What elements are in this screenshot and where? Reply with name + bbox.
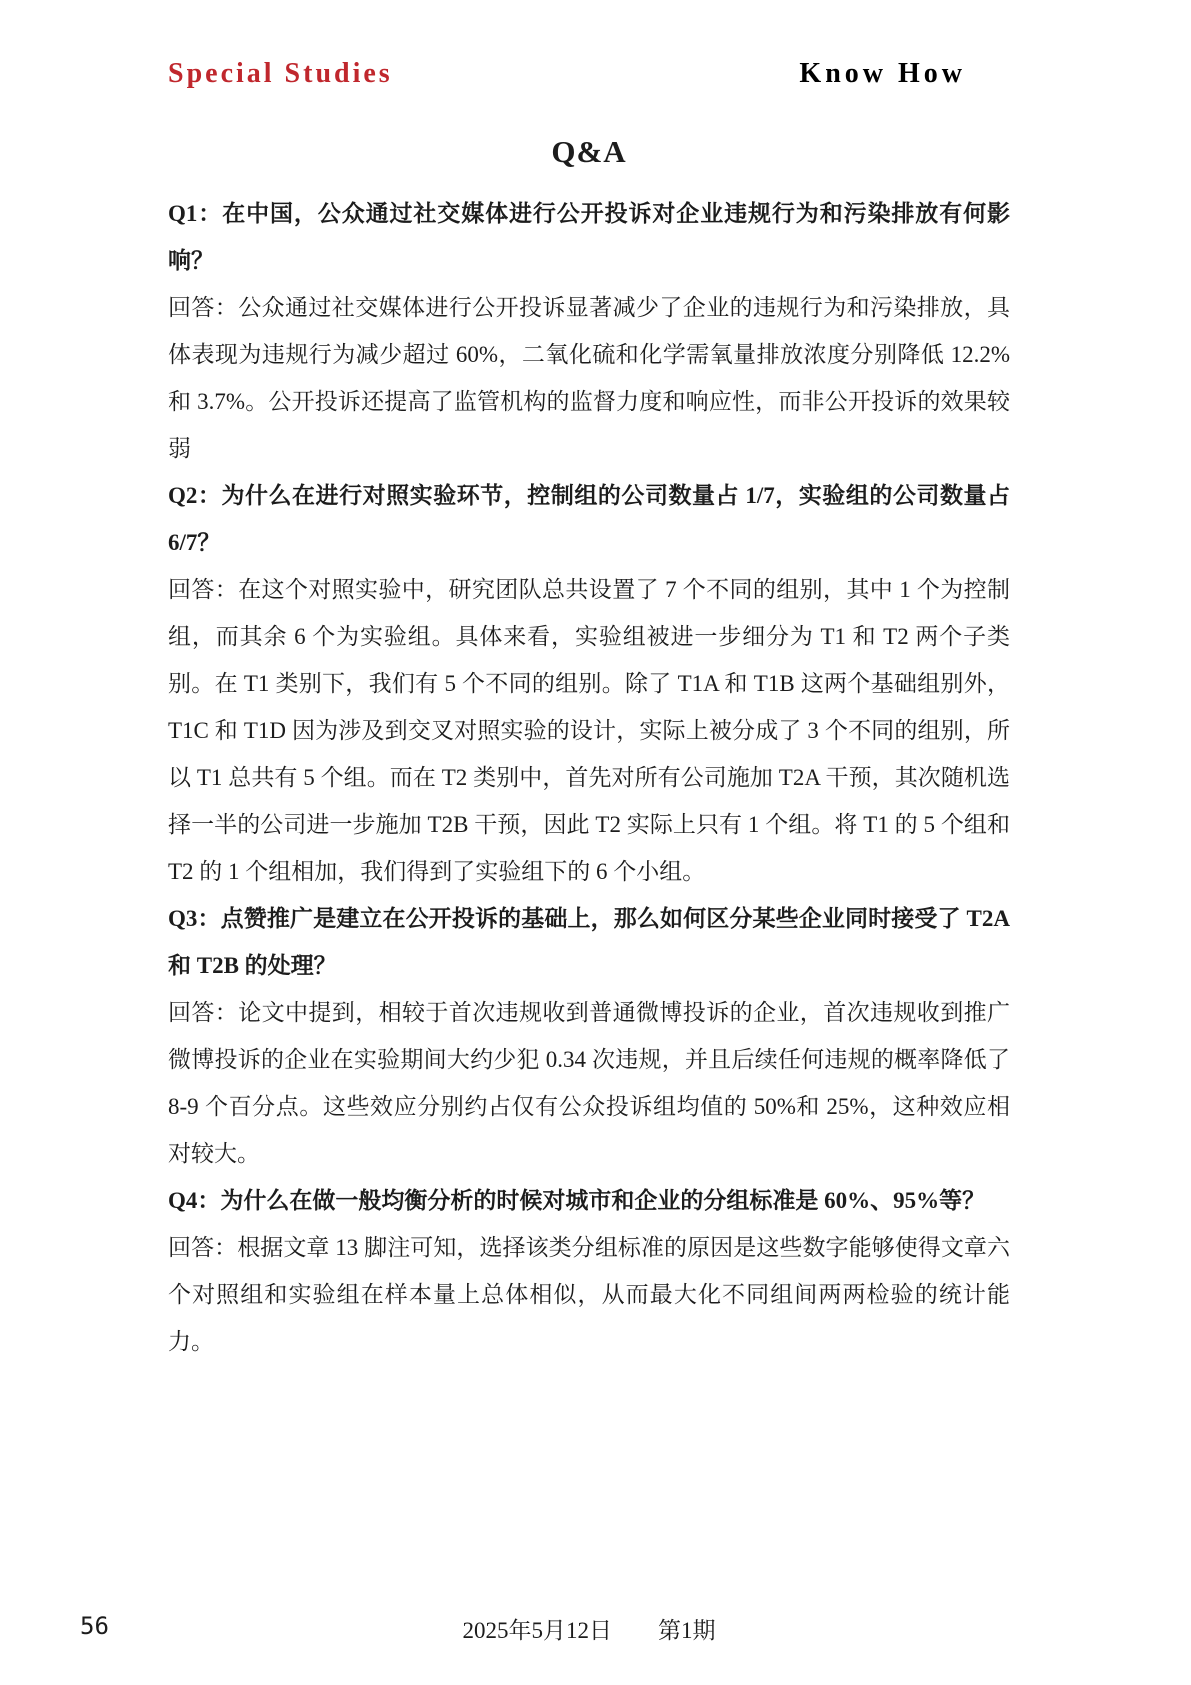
page-header: Special Studies Know How (168, 58, 966, 90)
answer-q3: 回答：论文中提到，相较于首次违规收到普通微博投诉的企业，首次违规收到推广微博投诉… (168, 989, 1010, 1177)
page-title: Q&A (168, 134, 1010, 170)
issue-date: 2025年5月12日 (463, 1612, 613, 1645)
question-q3: Q3：点赞推广是建立在公开投诉的基础上，那么如何区分某些企业同时接受了 T2A … (168, 895, 1010, 989)
column-label: Know How (799, 58, 966, 90)
footer-date-issue: 2025年5月12日 第1期 (168, 1612, 1010, 1645)
question-q1: Q1：在中国，公众通过社交媒体进行公开投诉对企业违规行为和污染排放有何影响？ (168, 190, 1010, 284)
question-q2: Q2：为什么在进行对照实验环节，控制组的公司数量占 1/7，实验组的公司数量占 … (168, 472, 1010, 566)
answer-q1: 回答：公众通过社交媒体进行公开投诉显著减少了企业的违规行为和污染排放，具体表现为… (168, 284, 1010, 472)
qa-content: Q1：在中国，公众通过社交媒体进行公开投诉对企业违规行为和污染排放有何影响？ 回… (168, 190, 1010, 1365)
page-footer: 56 2025年5月12日 第1期 (0, 1612, 1191, 1652)
section-label: Special Studies (168, 58, 393, 90)
page-number: 56 (80, 1612, 109, 1640)
answer-q4: 回答：根据文章 13 脚注可知，选择该类分组标准的原因是这些数字能够使得文章六个… (168, 1224, 1010, 1365)
answer-q2: 回答：在这个对照实验中，研究团队总共设置了 7 个不同的组别，其中 1 个为控制… (168, 566, 1010, 895)
magazine-page: Special Studies Know How Q&A Q1：在中国，公众通过… (0, 0, 1191, 1685)
issue-number: 第1期 (658, 1612, 716, 1645)
question-q4: Q4：为什么在做一般均衡分析的时候对城市和企业的分组标准是 60%、95%等？ (168, 1177, 1010, 1224)
